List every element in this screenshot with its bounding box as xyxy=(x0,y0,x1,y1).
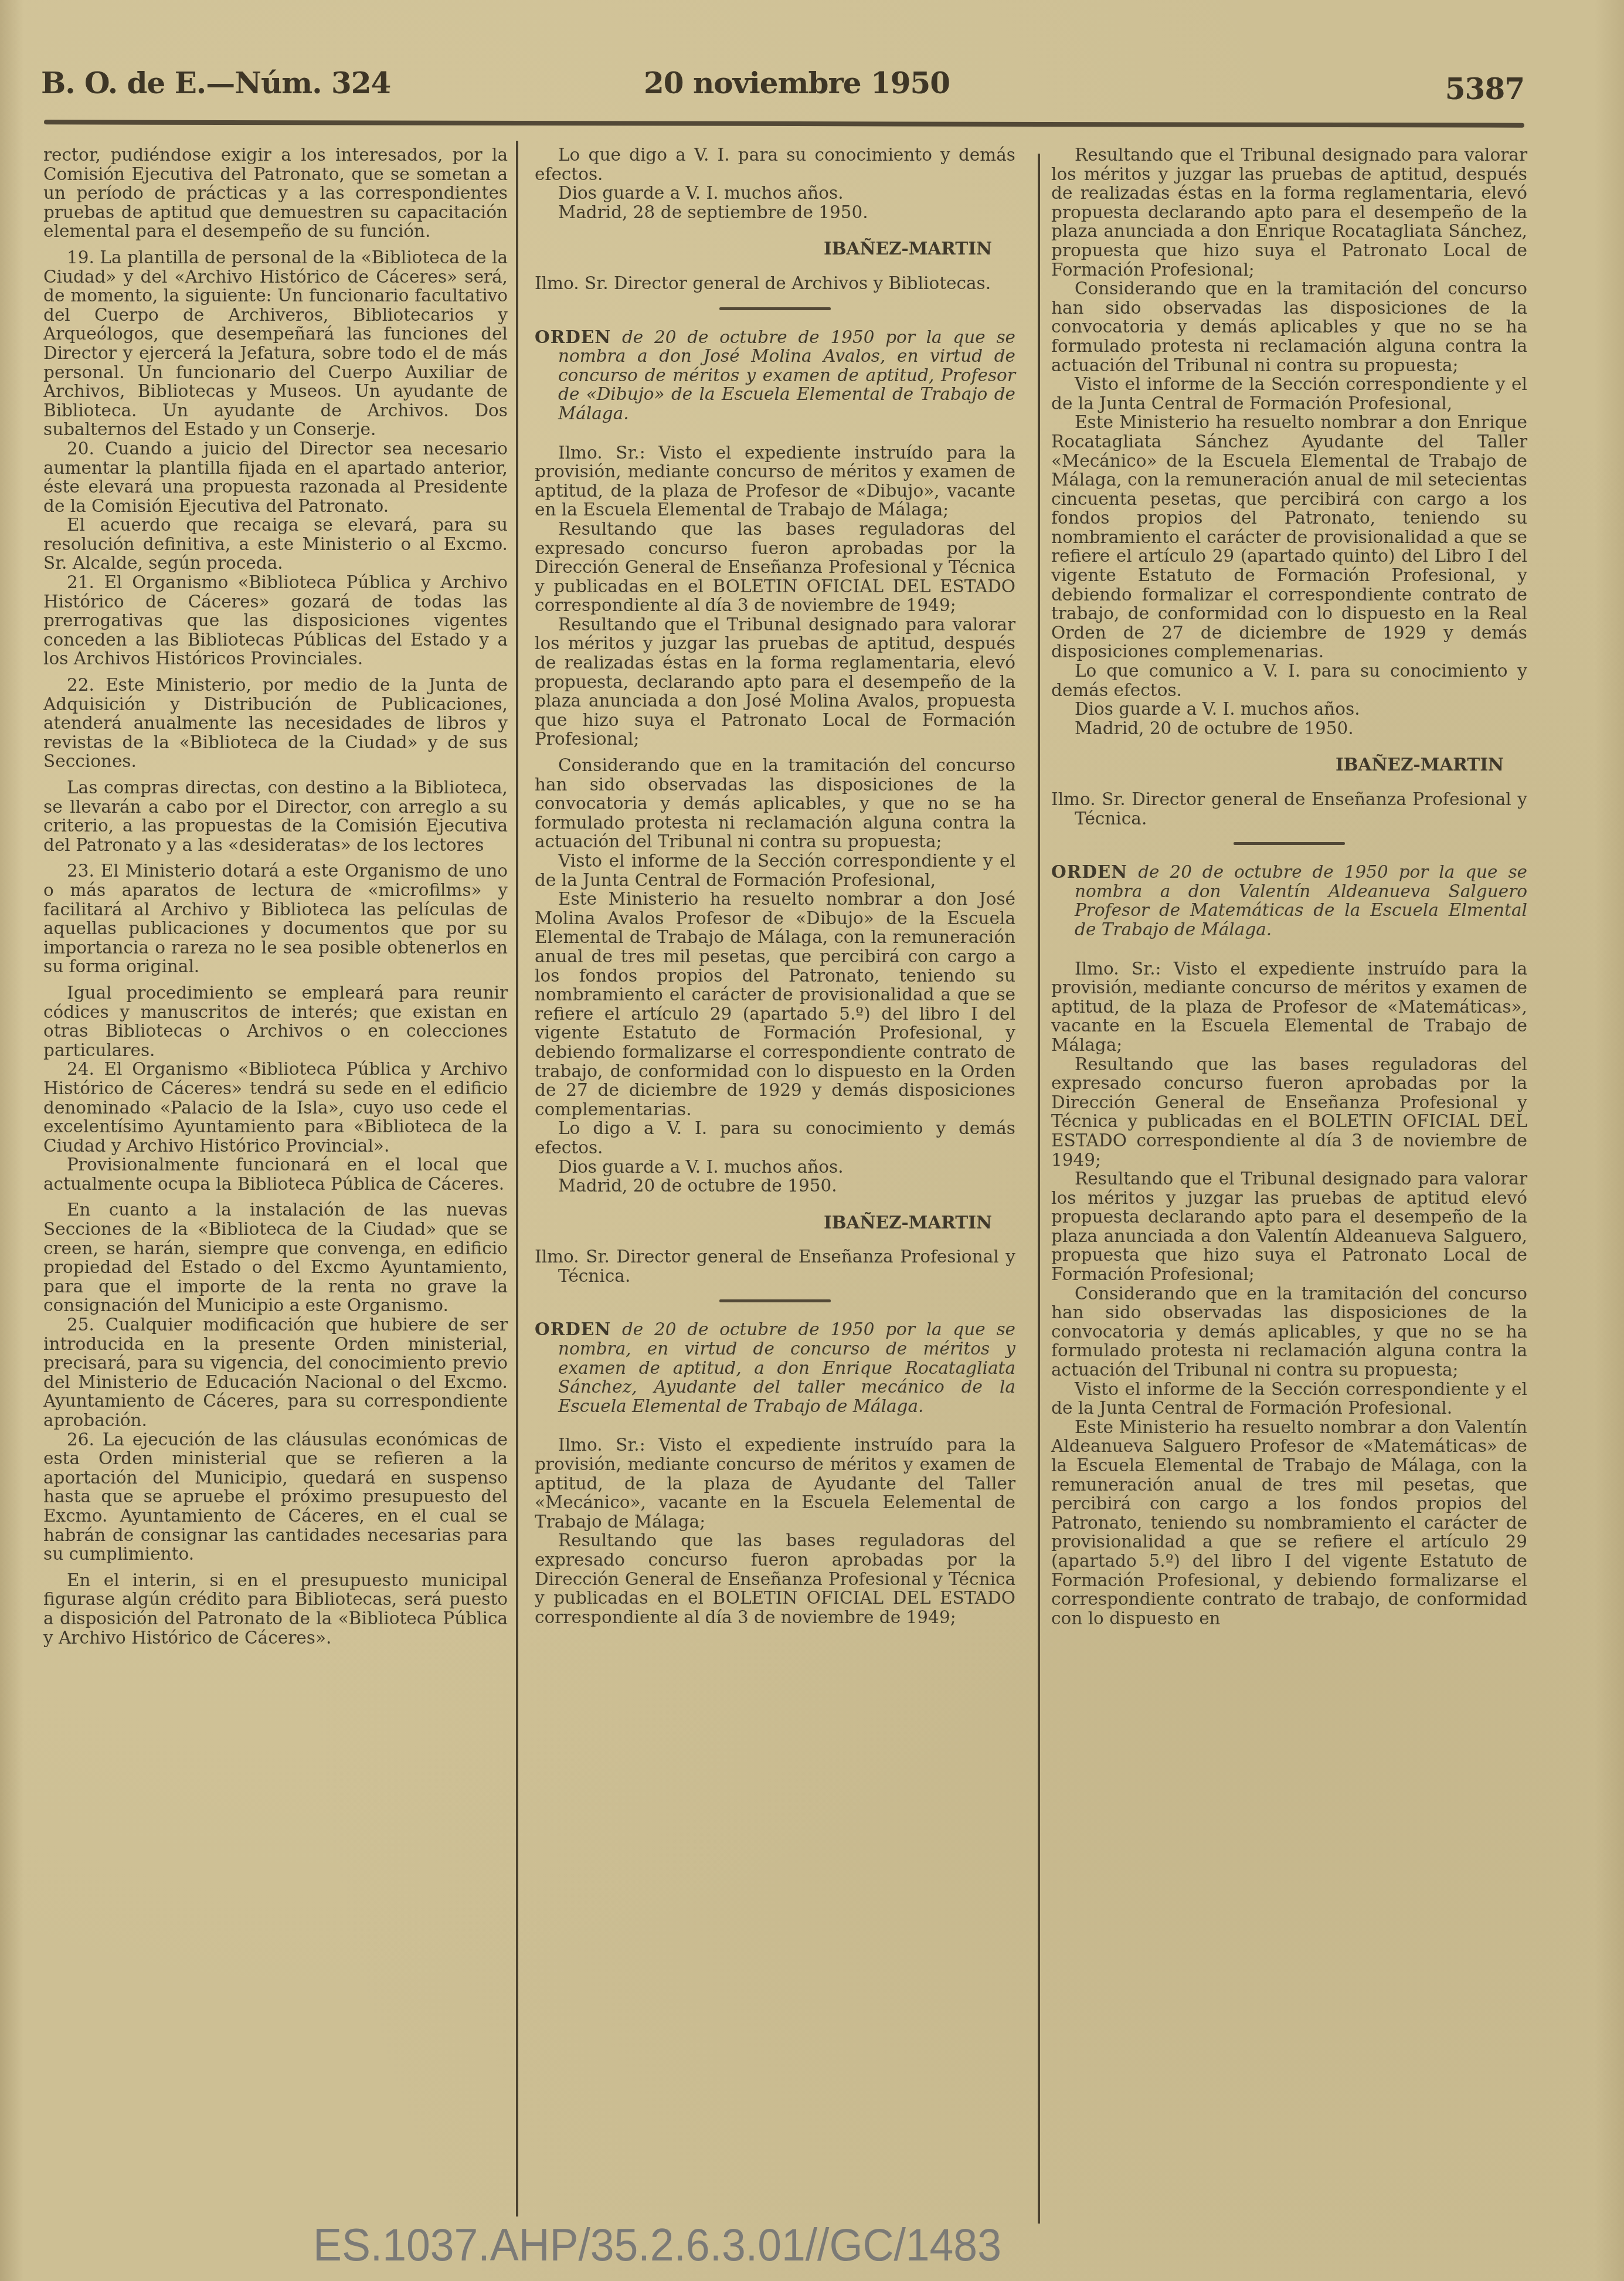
addressee: Ilmo. Sr. Director general de Enseñanza … xyxy=(535,1247,1015,1285)
orden-keyword: ORDEN xyxy=(1051,861,1127,882)
paragraph: Visto el informe de la Sección correspon… xyxy=(1051,375,1527,413)
orden-title: ORDEN de 20 de octubre de 1950 por la qu… xyxy=(535,1320,1015,1416)
paragraph: Resultando que el Tribunal designado par… xyxy=(1051,145,1527,279)
paragraph: Resultando que las bases reguladoras del… xyxy=(535,1531,1015,1627)
paragraph-article-23: 23. El Ministerio dotará a este Organism… xyxy=(43,861,508,976)
closing-paragraph: Dios guarde a V. I. muchos años. xyxy=(535,184,1015,203)
paragraph: Este Ministerio ha resuelto nombrar a do… xyxy=(1051,413,1527,661)
paragraph: Visto el informe de la Sección correspon… xyxy=(535,851,1015,890)
paragraph: Resultando que las bases reguladoras del… xyxy=(1051,1055,1527,1170)
signature: IBAÑEZ-MARTIN xyxy=(1051,755,1527,775)
paragraph: Ilmo. Sr.: Visto el expediente instruído… xyxy=(1051,959,1527,1055)
addressee: Ilmo. Sr. Director general de Enseñanza … xyxy=(1051,790,1527,828)
paragraph: Resultando que las bases reguladoras del… xyxy=(535,520,1015,615)
paragraph: Considerando que en la tramitación del c… xyxy=(1051,1284,1527,1380)
paragraph: Este Ministerio ha resuelto nombrar a do… xyxy=(1051,1418,1527,1628)
paragraph: Considerando que en la tramitación del c… xyxy=(535,756,1015,851)
paragraph-article-26: 26. La ejecución de las cláusulas económ… xyxy=(43,1430,508,1564)
paragraph: Las compras directas, con destino a la B… xyxy=(43,778,508,854)
paragraph: Dios guarde a V. I. muchos años. xyxy=(1051,700,1527,719)
column-1: rector, pudiéndose exigir a los interesa… xyxy=(43,145,508,1647)
publication-date: 20 noviembre 1950 xyxy=(644,66,950,100)
orden-title-text: de 20 de octubre de 1950 por la que se n… xyxy=(558,1319,1015,1416)
paragraph: Igual procedimiento se empleará para reu… xyxy=(43,983,508,1060)
closing-date: Madrid, 28 de septiembre de 1950. xyxy=(535,203,1015,222)
page-header: B. O. de E.—Núm. 324 20 noviembre 1950 5… xyxy=(41,66,1524,113)
paragraph: Provisionalmente funcionará en el local … xyxy=(43,1155,508,1193)
closing-date: Madrid, 20 de octubre de 1950. xyxy=(535,1176,1015,1196)
closing-paragraph: Lo que digo a V. I. para su conocimiento… xyxy=(535,145,1015,184)
paragraph: Ilmo. Sr.: Visto el expediente instruído… xyxy=(535,1435,1015,1531)
page-number: 5387 xyxy=(1445,72,1524,106)
paragraph: Lo que comunico a V. I. para su conocimi… xyxy=(1051,661,1527,700)
column-divider-1 xyxy=(516,141,518,2216)
paragraph-article-20: 20. Cuando a juicio del Director sea nec… xyxy=(43,439,508,515)
closing-date: Madrid, 20 de octubre de 1950. xyxy=(1051,719,1527,738)
paragraph-article-21: 21. El Organismo «Biblioteca Pública y A… xyxy=(43,573,508,668)
paragraph: Resultando que el Tribunal designado par… xyxy=(1051,1169,1527,1284)
signature: IBAÑEZ-MARTIN xyxy=(535,239,1015,259)
section-separator xyxy=(719,1299,831,1302)
paragraph: rector, pudiéndose exigir a los interesa… xyxy=(43,145,508,241)
paragraph: El acuerdo que recaiga se elevará, para … xyxy=(43,515,508,573)
signature: IBAÑEZ-MARTIN xyxy=(535,1213,1015,1233)
orden-keyword: ORDEN xyxy=(535,327,611,347)
paragraph-article-25: 25. Cualquier modificación que hubiere d… xyxy=(43,1315,508,1430)
orden-title-text: de 20 de octubre de 1950 por la que se n… xyxy=(1075,862,1527,939)
column-3: Resultando que el Tribunal designado par… xyxy=(1051,145,1527,1628)
paragraph: Considerando que en la tramitación del c… xyxy=(1051,279,1527,375)
section-separator xyxy=(719,307,831,310)
orden-title: ORDEN de 20 de octubre de 1950 por la qu… xyxy=(535,328,1015,423)
column-divider-2 xyxy=(1038,154,1040,2224)
archive-reference-watermark: ES.1037.AHP/35.2.6.3.01//GC/1483 xyxy=(313,2218,1001,2272)
paragraph: En cuanto a la instalación de las nuevas… xyxy=(43,1200,508,1315)
orden-title-text: de 20 de octubre de 1950 por la que se n… xyxy=(558,327,1015,423)
paragraph-article-19: 19. La plantilla de personal de la «Bibl… xyxy=(43,248,508,439)
section-separator xyxy=(1234,842,1345,845)
publication-number: B. O. de E.—Núm. 324 xyxy=(41,66,390,100)
orden-title: ORDEN de 20 de octubre de 1950 por la qu… xyxy=(1051,863,1527,939)
orden-keyword: ORDEN xyxy=(535,1319,611,1339)
paragraph: Lo digo a V. I. para su conocimiento y d… xyxy=(535,1119,1015,1157)
paragraph: Resultando que el Tribunal designado par… xyxy=(535,615,1015,749)
paragraph: Este Ministerio ha resuelto nombrar a do… xyxy=(535,890,1015,1119)
paragraph: Dios guarde a V. I. muchos años. xyxy=(535,1158,1015,1177)
paragraph-article-24: 24. El Organismo «Biblioteca Pública y A… xyxy=(43,1060,508,1155)
paragraph: Visto el informe de la Sección correspon… xyxy=(1051,1380,1527,1418)
paragraph-article-22: 22. Este Ministerio, por medio de la Jun… xyxy=(43,676,508,771)
addressee: Ilmo. Sr. Director general de Archivos y… xyxy=(535,274,1015,293)
paragraph: En el interin, si en el presupuesto muni… xyxy=(43,1571,508,1647)
paragraph: Ilmo. Sr.: Visto el expediente instruído… xyxy=(535,443,1015,520)
column-2: Lo que digo a V. I. para su conocimiento… xyxy=(535,145,1015,1627)
header-rule xyxy=(44,120,1524,127)
